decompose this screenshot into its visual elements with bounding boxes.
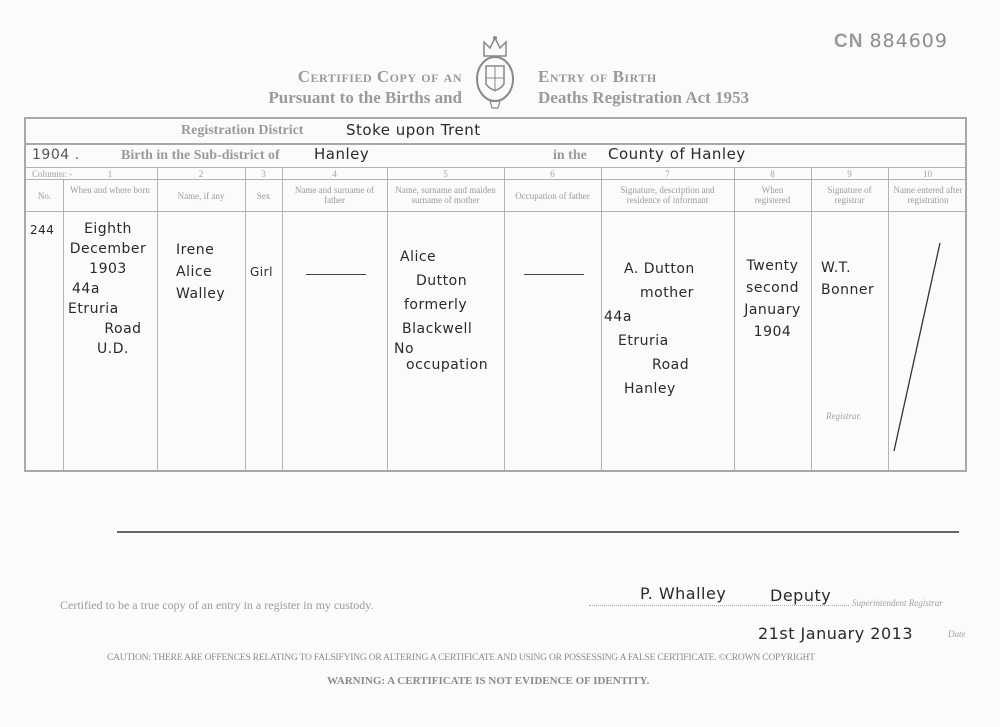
line: Dutton xyxy=(394,269,488,293)
certificate-serial: CN884609 xyxy=(834,30,948,53)
identity-warning: WARNING: A CERTIFICATE IS NOT EVIDENCE O… xyxy=(327,675,649,687)
line: mother xyxy=(604,281,695,305)
signature-line xyxy=(589,605,849,606)
entry-child-name: Irene Alice Walley xyxy=(176,239,225,305)
line: Etruria xyxy=(604,329,695,353)
column-number: 6 xyxy=(504,169,601,179)
footer-divider xyxy=(117,531,959,533)
column-number: 5 xyxy=(387,169,504,179)
county-label: in the xyxy=(553,148,587,164)
line: 44a xyxy=(604,305,695,329)
line: Road xyxy=(604,353,695,377)
line: 44a xyxy=(68,279,148,299)
line: January xyxy=(734,299,811,321)
entry-registrar-signature: W.T. Bonner xyxy=(821,257,874,301)
column-header-registrar-signature: Signature of registrar xyxy=(823,185,876,205)
registration-district-label: Registration District xyxy=(181,123,303,139)
superintendent-signature: P. Whalley xyxy=(640,584,726,603)
line: occupation xyxy=(394,357,488,373)
entry-year: 1904 . xyxy=(32,147,80,163)
county-value: County of Hanley xyxy=(608,145,746,163)
superintendent-registrar-label: Superintendent Registrar xyxy=(852,598,943,608)
cancellation-slash-icon xyxy=(888,237,967,457)
column-header-name-after-registration: Name entered after registration xyxy=(892,185,964,205)
certification-statement: Certified to be a true copy of an entry … xyxy=(60,598,373,613)
line: Irene xyxy=(176,239,225,261)
column-header-when-where-born: When and where born xyxy=(68,185,152,195)
caution-notice: CAUTION: THERE ARE OFFENCES RELATING TO … xyxy=(107,653,815,663)
serial-number: 884609 xyxy=(869,30,948,52)
entry-father-occupation-blank xyxy=(524,274,584,275)
royal-crest-icon xyxy=(474,34,516,110)
line: Hanley xyxy=(604,377,695,401)
line: A. Dutton xyxy=(604,257,695,281)
column-number: 8 xyxy=(734,169,811,179)
entry-number: 244 xyxy=(30,223,54,237)
column-header-father: Name and surname of father xyxy=(292,185,377,205)
registrar-label: Registrar. xyxy=(826,411,861,421)
column-number: 7 xyxy=(601,169,734,179)
column-number: 3 xyxy=(245,169,282,179)
serial-prefix: CN xyxy=(834,31,863,52)
column-header-sex: Sex xyxy=(245,191,282,201)
signature-role: Deputy xyxy=(770,586,831,605)
subdistrict-value: Hanley xyxy=(314,145,369,163)
column-header-mother: Name, surname and maiden surname of moth… xyxy=(390,185,501,205)
entry-sex: Girl xyxy=(250,265,273,279)
date-label: Date xyxy=(948,629,966,639)
column-header-no: No. xyxy=(26,191,63,201)
title-act: Deaths Registration Act 1953 xyxy=(538,88,749,108)
column-number: 4 xyxy=(282,169,387,179)
line: Eighth xyxy=(68,219,148,239)
line: Walley xyxy=(176,283,225,305)
line: Twenty xyxy=(734,255,811,277)
column-number: 1 xyxy=(63,169,157,179)
certificate-date: 21st January 2013 xyxy=(758,624,913,643)
entry-mother: Alice Dutton formerly Blackwell No occup… xyxy=(394,245,488,373)
column-number: 2 xyxy=(157,169,245,179)
line: 1904 xyxy=(734,321,811,343)
line: Road xyxy=(68,319,148,339)
title-entry-of-birth: Entry of Birth xyxy=(538,67,657,87)
line: Blackwell xyxy=(394,317,488,341)
entry-informant: A. Dutton mother 44a Etruria Road Hanley xyxy=(604,257,695,401)
entry-when-where-born: Eighth December 1903 44a Etruria Road U.… xyxy=(68,219,148,359)
line: 1903 xyxy=(68,259,148,279)
line: formerly xyxy=(394,293,488,317)
column-header-name: Name, if any xyxy=(157,191,245,201)
column-header-father-occupation: Occupation of father xyxy=(504,191,601,201)
line: W.T. xyxy=(821,257,874,279)
line: Etruria xyxy=(68,299,148,319)
subdistrict-label: Birth in the Sub-district of xyxy=(121,148,280,164)
entry-when-registered: Twenty second January 1904 xyxy=(734,255,811,343)
register-entry-table: Registration District Stoke upon Trent 1… xyxy=(24,117,967,472)
column-number: 10 xyxy=(888,169,967,179)
line: second xyxy=(734,277,811,299)
line: December xyxy=(68,239,148,259)
registration-district-value: Stoke upon Trent xyxy=(346,121,481,139)
line: U.D. xyxy=(68,339,148,359)
line: Alice xyxy=(394,245,488,269)
column-header-informant: Signature, description and residence of … xyxy=(609,185,726,205)
line: No xyxy=(394,341,488,357)
title-pursuant: Pursuant to the Births and xyxy=(268,88,462,108)
column-number: 9 xyxy=(811,169,888,179)
title-certified-copy: Certified Copy of an xyxy=(298,67,462,87)
entry-father-blank xyxy=(306,274,366,275)
line: Bonner xyxy=(821,279,874,301)
column-header-when-registered: When registered xyxy=(746,185,799,205)
line: Alice xyxy=(176,261,225,283)
